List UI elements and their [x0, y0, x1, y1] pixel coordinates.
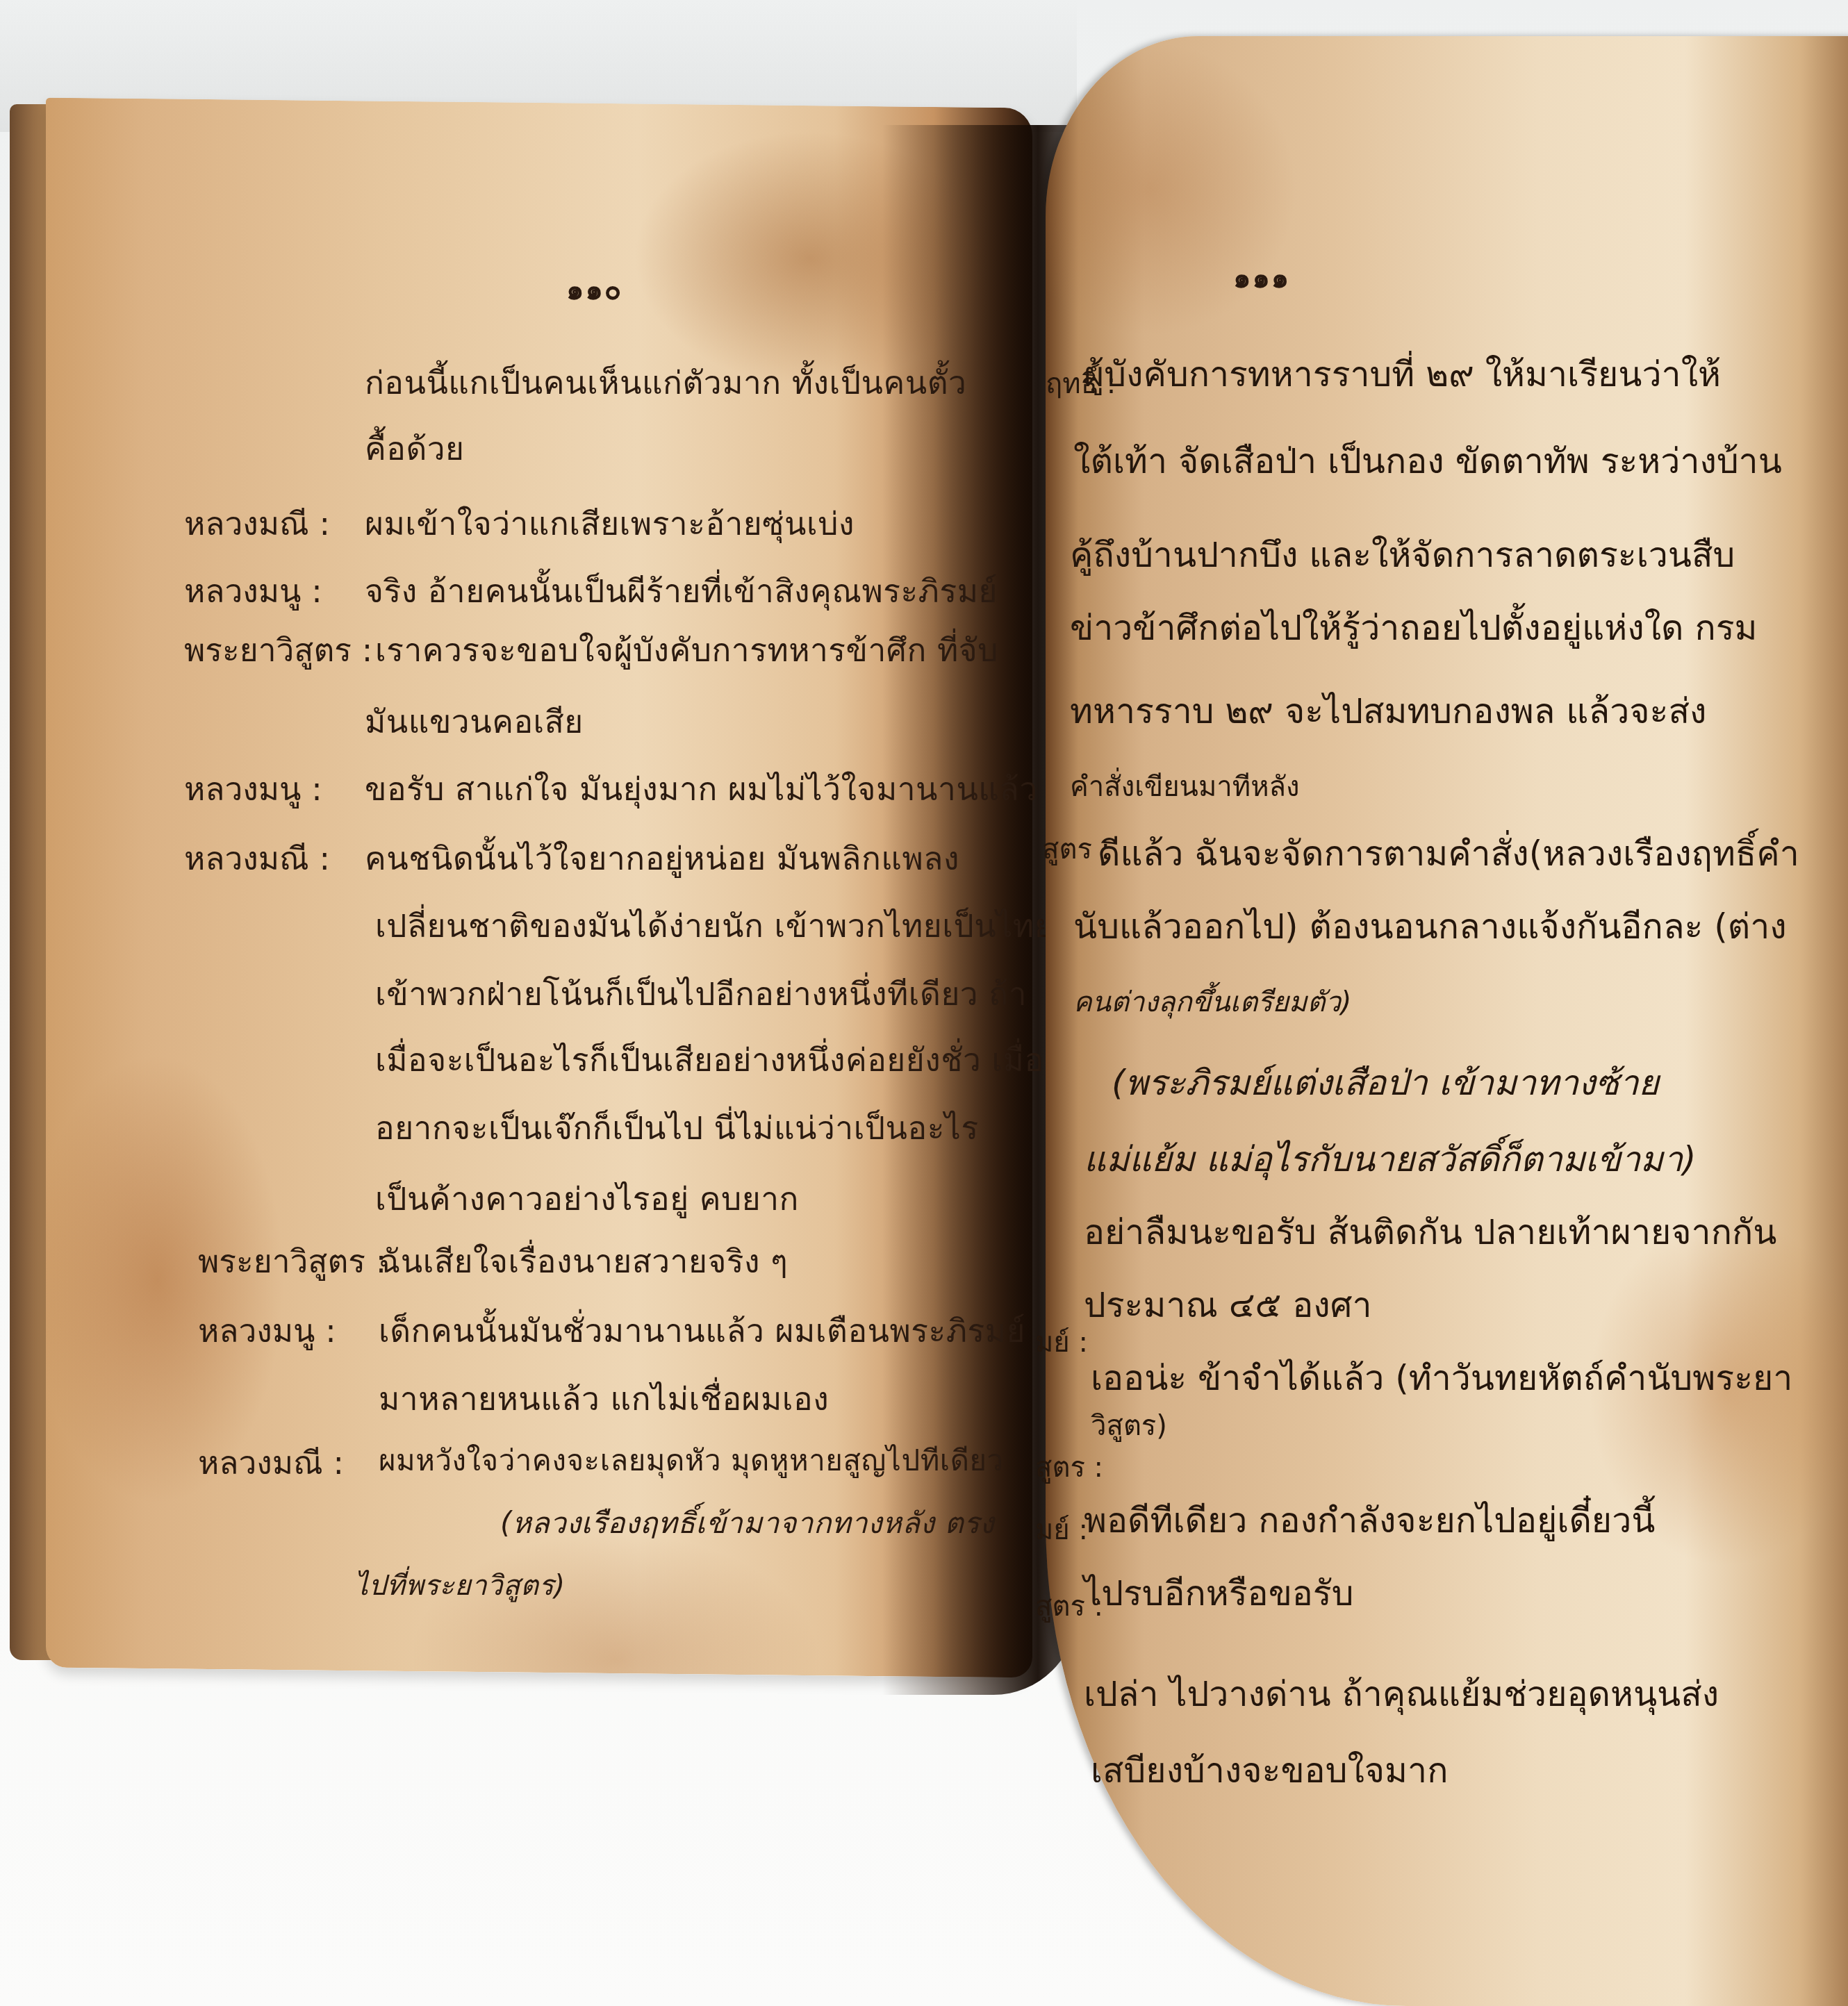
speaker-label: สูตร :	[1035, 1445, 1103, 1489]
dialogue-line: ผู้บังคับการทหารราบที่ ๒๙ ให้มาเรียนว่าใ…	[1084, 347, 1721, 402]
dialogue-line: ไปรบอีกหรือขอรับ	[1084, 1566, 1353, 1621]
speaker-label: หลวงมนู :	[198, 1306, 336, 1357]
stage-direction: (หลวงเรืองฤทธิ์เข้ามาจากทางหลัง ตรง	[500, 1500, 994, 1546]
stage-direction: คนต่างลุกขึ้นเตรียมตัว)	[1073, 979, 1351, 1024]
left-page-number: ๑๑๐	[566, 267, 622, 312]
dialogue-line: นับแล้วออกไป) ต้องนอนกลางแจ้งกันอีกละ (ต…	[1073, 900, 1787, 954]
dialogue-line: เมื่อจะเป็นอะไรก็เป็นเสียอย่างหนึ่งค่อยย…	[375, 1035, 1044, 1086]
dialogue-line: เออน่ะ ข้าจำได้แล้ว (ทำวันทยหัตถ์คำนับพร…	[1091, 1351, 1792, 1406]
dialogue-line: ทหารราบ ๒๙ จะไปสมทบกองพล แล้วจะส่ง	[1070, 684, 1706, 739]
speaker-label: หลวงมนู :	[184, 566, 322, 617]
book-cover-edge	[10, 104, 51, 1660]
dialogue-line: เข้าพวกฝ่ายโน้นก็เป็นไปอีกอย่างหนึ่งทีเด…	[375, 969, 1027, 1020]
dialogue-line: อยากจะเป็นเจ๊กก็เป็นไป นี่ไม่แน่ว่าเป็นอ…	[375, 1103, 979, 1154]
dialogue-line: มาหลายหนแล้ว แกไม่เชื่อผมเอง	[379, 1374, 829, 1425]
stage-direction: ไปที่พระยาวิสูตร)	[354, 1563, 566, 1607]
dialogue-line: ผมเข้าใจว่าแกเสียเพราะอ้ายซุ่นเบ่ง	[365, 499, 855, 549]
speaker-label: สูตร :	[1035, 1584, 1103, 1628]
dialogue-line: ข่าวข้าศึกต่อไปให้รู้ว่าถอยไปตั้งอยู่แห่…	[1070, 601, 1758, 656]
right-page-number: ๑๑๑	[1233, 256, 1290, 300]
dialogue-line: มันแขวนคอเสีย	[365, 697, 584, 747]
speaker-label: หลวงมนู :	[184, 764, 322, 815]
stage-direction: แม่แย้ม แม่อุไรกับนายสวัสดิ์ก็ตามเข้ามา)	[1084, 1132, 1697, 1187]
speaker-label: พระยาวิสูตร :	[198, 1236, 386, 1287]
dialogue-line: อย่าลืมนะขอรับ ส้นติดกัน ปลายเท้าผายจากก…	[1084, 1205, 1776, 1260]
dialogue-line: คำสั่งเขียนมาทีหลัง	[1070, 764, 1300, 809]
dialogue-line: เปล่า ไปวางด่าน ถ้าคุณแย้มช่วยอุดหนุนส่ง	[1084, 1667, 1719, 1722]
dialogue-line: ขอรับ สาแก่ใจ มันยุ่งมาก ผมไม่ไว้ใจมานาน…	[365, 764, 1038, 815]
dialogue-line: ก่อนนี้แกเป็นคนเห็นแก่ตัวมาก ทั้งเป็นคนต…	[365, 358, 966, 408]
stage-direction: (พระภิรมย์แต่งเสือป่า เข้ามาทางซ้าย	[1112, 1056, 1659, 1111]
dialogue-line: เราควรจะขอบใจผู้บังคับการทหารข้าศึก ที่จ…	[375, 625, 998, 676]
dialogue-line: วิสูตร)	[1091, 1403, 1167, 1448]
dialogue-line: ดีแล้ว ฉันจะจัดการตามคำสั่ง(หลวงเรืองฤทธ…	[1098, 827, 1799, 881]
dialogue-line: ผมหวังใจว่าคงจะเลยมุดหัว มุดหูหายสูญไปที…	[379, 1438, 1004, 1484]
speaker-label: มย์ :	[1035, 1320, 1088, 1364]
dialogue-line: เป็นค้างคาวอย่างไรอยู่ คบยาก	[375, 1174, 799, 1225]
dialogue-line: เด็กคนนั้นมันชั่วมานานแล้ว ผมเตือนพระภิร…	[379, 1306, 1025, 1357]
dialogue-line: เสบียงบ้างจะขอบใจมาก	[1091, 1743, 1448, 1798]
dialogue-line: ประมาณ ๔๕ องศา	[1084, 1278, 1372, 1333]
speaker-label: หลวงมณี :	[198, 1438, 344, 1489]
dialogue-line: พอดีทีเดียว กองกำลังจะยกไปอยู่เดี๋ยวนี้	[1084, 1493, 1655, 1548]
dialogue-line: คนชนิดนั้นไว้ใจยากอยู่หน่อย มันพลิกแพลง	[365, 834, 959, 884]
dialogue-line: จริง อ้ายคนนั้นเป็นผีร้ายที่เข้าสิงคุณพร…	[365, 566, 998, 617]
dialogue-line: คื้อด้วย	[365, 424, 465, 474]
dialogue-line: เปลี่ยนชาติของมันได้ง่ายนัก เข้าพวกไทยเป…	[375, 901, 1053, 952]
dialogue-line: คู้ถึงบ้านปากบึง และให้จัดการลาดตระเวนสื…	[1070, 528, 1735, 583]
speaker-label: พระยาวิสูตร :	[184, 625, 372, 676]
dialogue-line: ใต้เท้า จัดเสือป่า เป็นกอง ขัดตาทัพ ระหว…	[1073, 434, 1782, 489]
speaker-label: หลวงมณี :	[184, 834, 330, 884]
dialogue-line: ฉันเสียใจเรื่องนายสวายจริง ๆ	[379, 1236, 788, 1287]
speaker-label: หลวงมณี :	[184, 499, 330, 549]
speaker-label: มย์ :	[1035, 1507, 1088, 1552]
